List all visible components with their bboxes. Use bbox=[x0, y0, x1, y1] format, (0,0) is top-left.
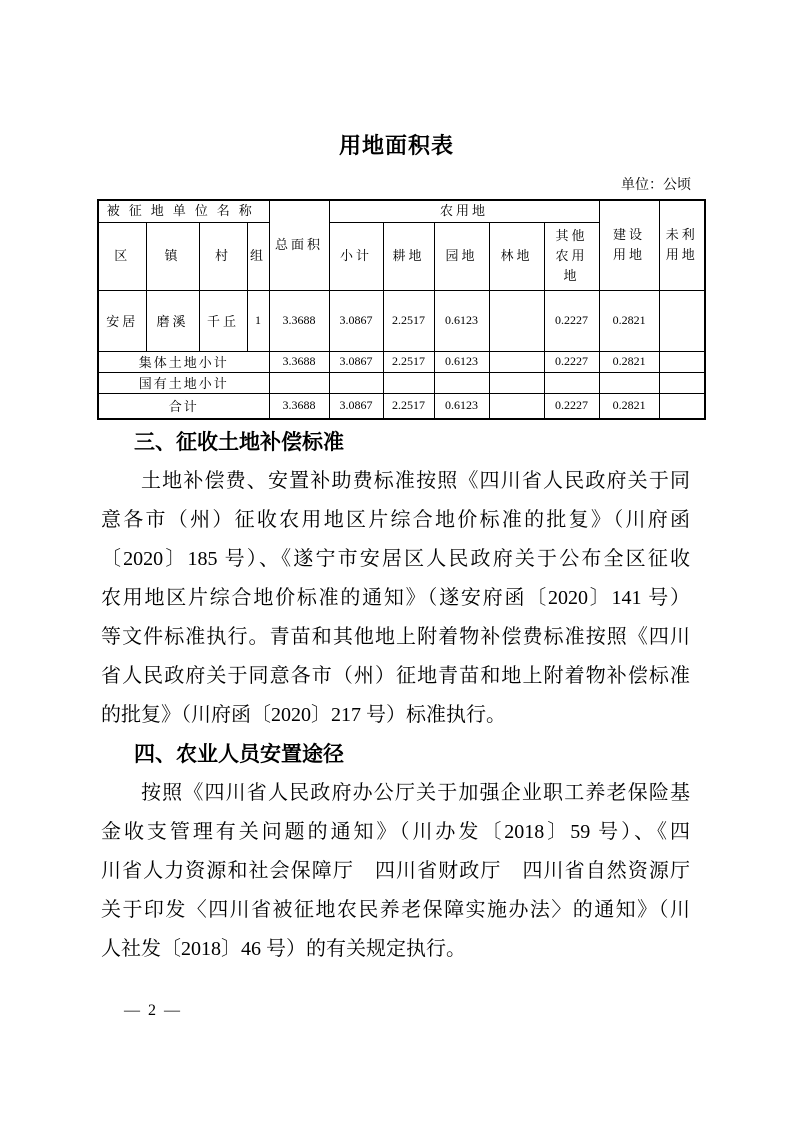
cell-construction: 0.2821 bbox=[599, 351, 659, 372]
cell-agri-subtotal bbox=[329, 372, 383, 393]
cell-total-area bbox=[269, 372, 329, 393]
body-line: 〔2020〕185 号）、《遂宁市安居区人民政府关于公布全区征收 bbox=[101, 540, 690, 579]
cell-unused bbox=[659, 372, 705, 393]
cell-total-area: 3.3688 bbox=[269, 290, 329, 351]
cell-construction: 0.2821 bbox=[599, 290, 659, 351]
table-row: 安居 磨溪 千丘 1 3.3688 3.0867 2.2517 0.6123 0… bbox=[98, 290, 705, 351]
cell-forest bbox=[489, 290, 544, 351]
document-page: 用地面积表 单位：公顷 被征地单位名称 总面积 农用地 建设用地 未利用地 区 bbox=[0, 0, 793, 1122]
cell-cultivated: 2.2517 bbox=[383, 290, 434, 351]
grand-total-row: 合计 3.3688 3.0867 2.2517 0.6123 0.2227 0.… bbox=[98, 393, 705, 419]
cell-unused bbox=[659, 351, 705, 372]
body-line: 土地补偿费、安置补助费标准按照《四川省人民政府关于同 bbox=[101, 462, 690, 501]
state-land-subtotal-row: 国有土地小计 bbox=[98, 372, 705, 393]
cell-agri-subtotal: 3.0867 bbox=[329, 290, 383, 351]
unit-label: 单位：公顷 bbox=[97, 177, 705, 195]
cell-agri-subtotal: 3.0867 bbox=[329, 351, 383, 372]
body-line: 的批复》（川府函〔2020〕217 号）标准执行。 bbox=[101, 696, 690, 735]
header-total-area: 总面积 bbox=[269, 200, 329, 290]
summary-label: 集体土地小计 bbox=[98, 351, 269, 372]
body-line: 等文件标准执行。青苗和其他地上附着物补偿费标准按照《四川 bbox=[101, 618, 690, 657]
cell-unused bbox=[659, 290, 705, 351]
cell-construction: 0.2821 bbox=[599, 393, 659, 419]
body-line: 农用地区片综合地价标准的通知》（遂安府函〔2020〕141 号） bbox=[101, 579, 690, 618]
body-line: 人社发〔2018〕46 号）的有关规定执行。 bbox=[101, 930, 690, 969]
content-area: 单位：公顷 被征地单位名称 总面积 农用地 建设用地 未利用地 区 镇 村 bbox=[0, 177, 793, 969]
collective-land-subtotal-row: 集体土地小计 3.3688 3.0867 2.2517 0.6123 0.222… bbox=[98, 351, 705, 372]
body-line: 按照《四川省人民政府办公厅关于加强企业职工养老保险基 bbox=[101, 774, 690, 813]
header-subtotal: 小计 bbox=[329, 222, 383, 290]
cell-other-agri: 0.2227 bbox=[544, 351, 599, 372]
header-construction-land: 建设用地 bbox=[599, 200, 659, 290]
cell-forest bbox=[489, 351, 544, 372]
cell-garden: 0.6123 bbox=[434, 393, 489, 419]
cell-garden bbox=[434, 372, 489, 393]
cell-cultivated: 2.2517 bbox=[383, 351, 434, 372]
body-line: 意各市（州）征收农用地区片综合地价标准的批复》（川府函 bbox=[101, 501, 690, 540]
page-title: 用地面积表 bbox=[0, 0, 793, 161]
header-other-agri-land-label: 其他农用地 bbox=[554, 226, 589, 286]
header-village: 村 bbox=[199, 222, 247, 290]
header-group: 组 bbox=[247, 222, 269, 290]
header-agricultural-land: 农用地 bbox=[329, 200, 599, 222]
cell-forest bbox=[489, 393, 544, 419]
cell-garden: 0.6123 bbox=[434, 351, 489, 372]
header-other-agri-land: 其他农用地 bbox=[544, 222, 599, 290]
cell-agri-subtotal: 3.0867 bbox=[329, 393, 383, 419]
body-line: 川省人力资源和社会保障厅 四川省财政厅 四川省自然资源厅 bbox=[101, 852, 690, 891]
section-heading-3: 三、征收土地补偿标准 bbox=[101, 423, 690, 462]
cell-cultivated bbox=[383, 372, 434, 393]
page-number: — 2 — bbox=[124, 1001, 182, 1021]
header-construction-land-label: 建设用地 bbox=[612, 225, 647, 265]
cell-forest bbox=[489, 372, 544, 393]
summary-label: 合计 bbox=[98, 393, 269, 419]
cell-other-agri bbox=[544, 372, 599, 393]
cell-group: 1 bbox=[247, 290, 269, 351]
cell-garden: 0.6123 bbox=[434, 290, 489, 351]
header-district: 区 bbox=[98, 222, 146, 290]
body-line: 省人民政府关于同意各市（州）征地青苗和地上附着物补偿标准 bbox=[101, 657, 690, 696]
header-unit-name-group: 被征地单位名称 bbox=[98, 200, 269, 222]
header-forest-land: 林地 bbox=[489, 222, 544, 290]
header-garden-land: 园地 bbox=[434, 222, 489, 290]
header-unused-land-label: 未利用地 bbox=[664, 225, 699, 265]
cell-total-area: 3.3688 bbox=[269, 351, 329, 372]
cell-unused bbox=[659, 393, 705, 419]
cell-town: 磨溪 bbox=[146, 290, 199, 351]
summary-label: 国有土地小计 bbox=[98, 372, 269, 393]
body-text: 三、征收土地补偿标准 土地补偿费、安置补助费标准按照《四川省人民政府关于同 意各… bbox=[101, 423, 690, 969]
header-town: 镇 bbox=[146, 222, 199, 290]
cell-village: 千丘 bbox=[199, 290, 247, 351]
cell-other-agri: 0.2227 bbox=[544, 290, 599, 351]
land-area-table: 被征地单位名称 总面积 农用地 建设用地 未利用地 区 镇 村 组 小计 耕地 … bbox=[97, 199, 706, 420]
body-line: 关于印发〈四川省被征地农民养老保障实施办法〉的通知》（川 bbox=[101, 891, 690, 930]
section-heading-4: 四、农业人员安置途径 bbox=[101, 735, 690, 774]
body-line: 金收支管理有关问题的通知》（川办发〔2018〕59 号）、《四 bbox=[101, 813, 690, 852]
cell-district: 安居 bbox=[98, 290, 146, 351]
cell-other-agri: 0.2227 bbox=[544, 393, 599, 419]
header-cultivated-land: 耕地 bbox=[383, 222, 434, 290]
cell-construction bbox=[599, 372, 659, 393]
header-unused-land: 未利用地 bbox=[659, 200, 705, 290]
cell-cultivated: 2.2517 bbox=[383, 393, 434, 419]
cell-total-area: 3.3688 bbox=[269, 393, 329, 419]
